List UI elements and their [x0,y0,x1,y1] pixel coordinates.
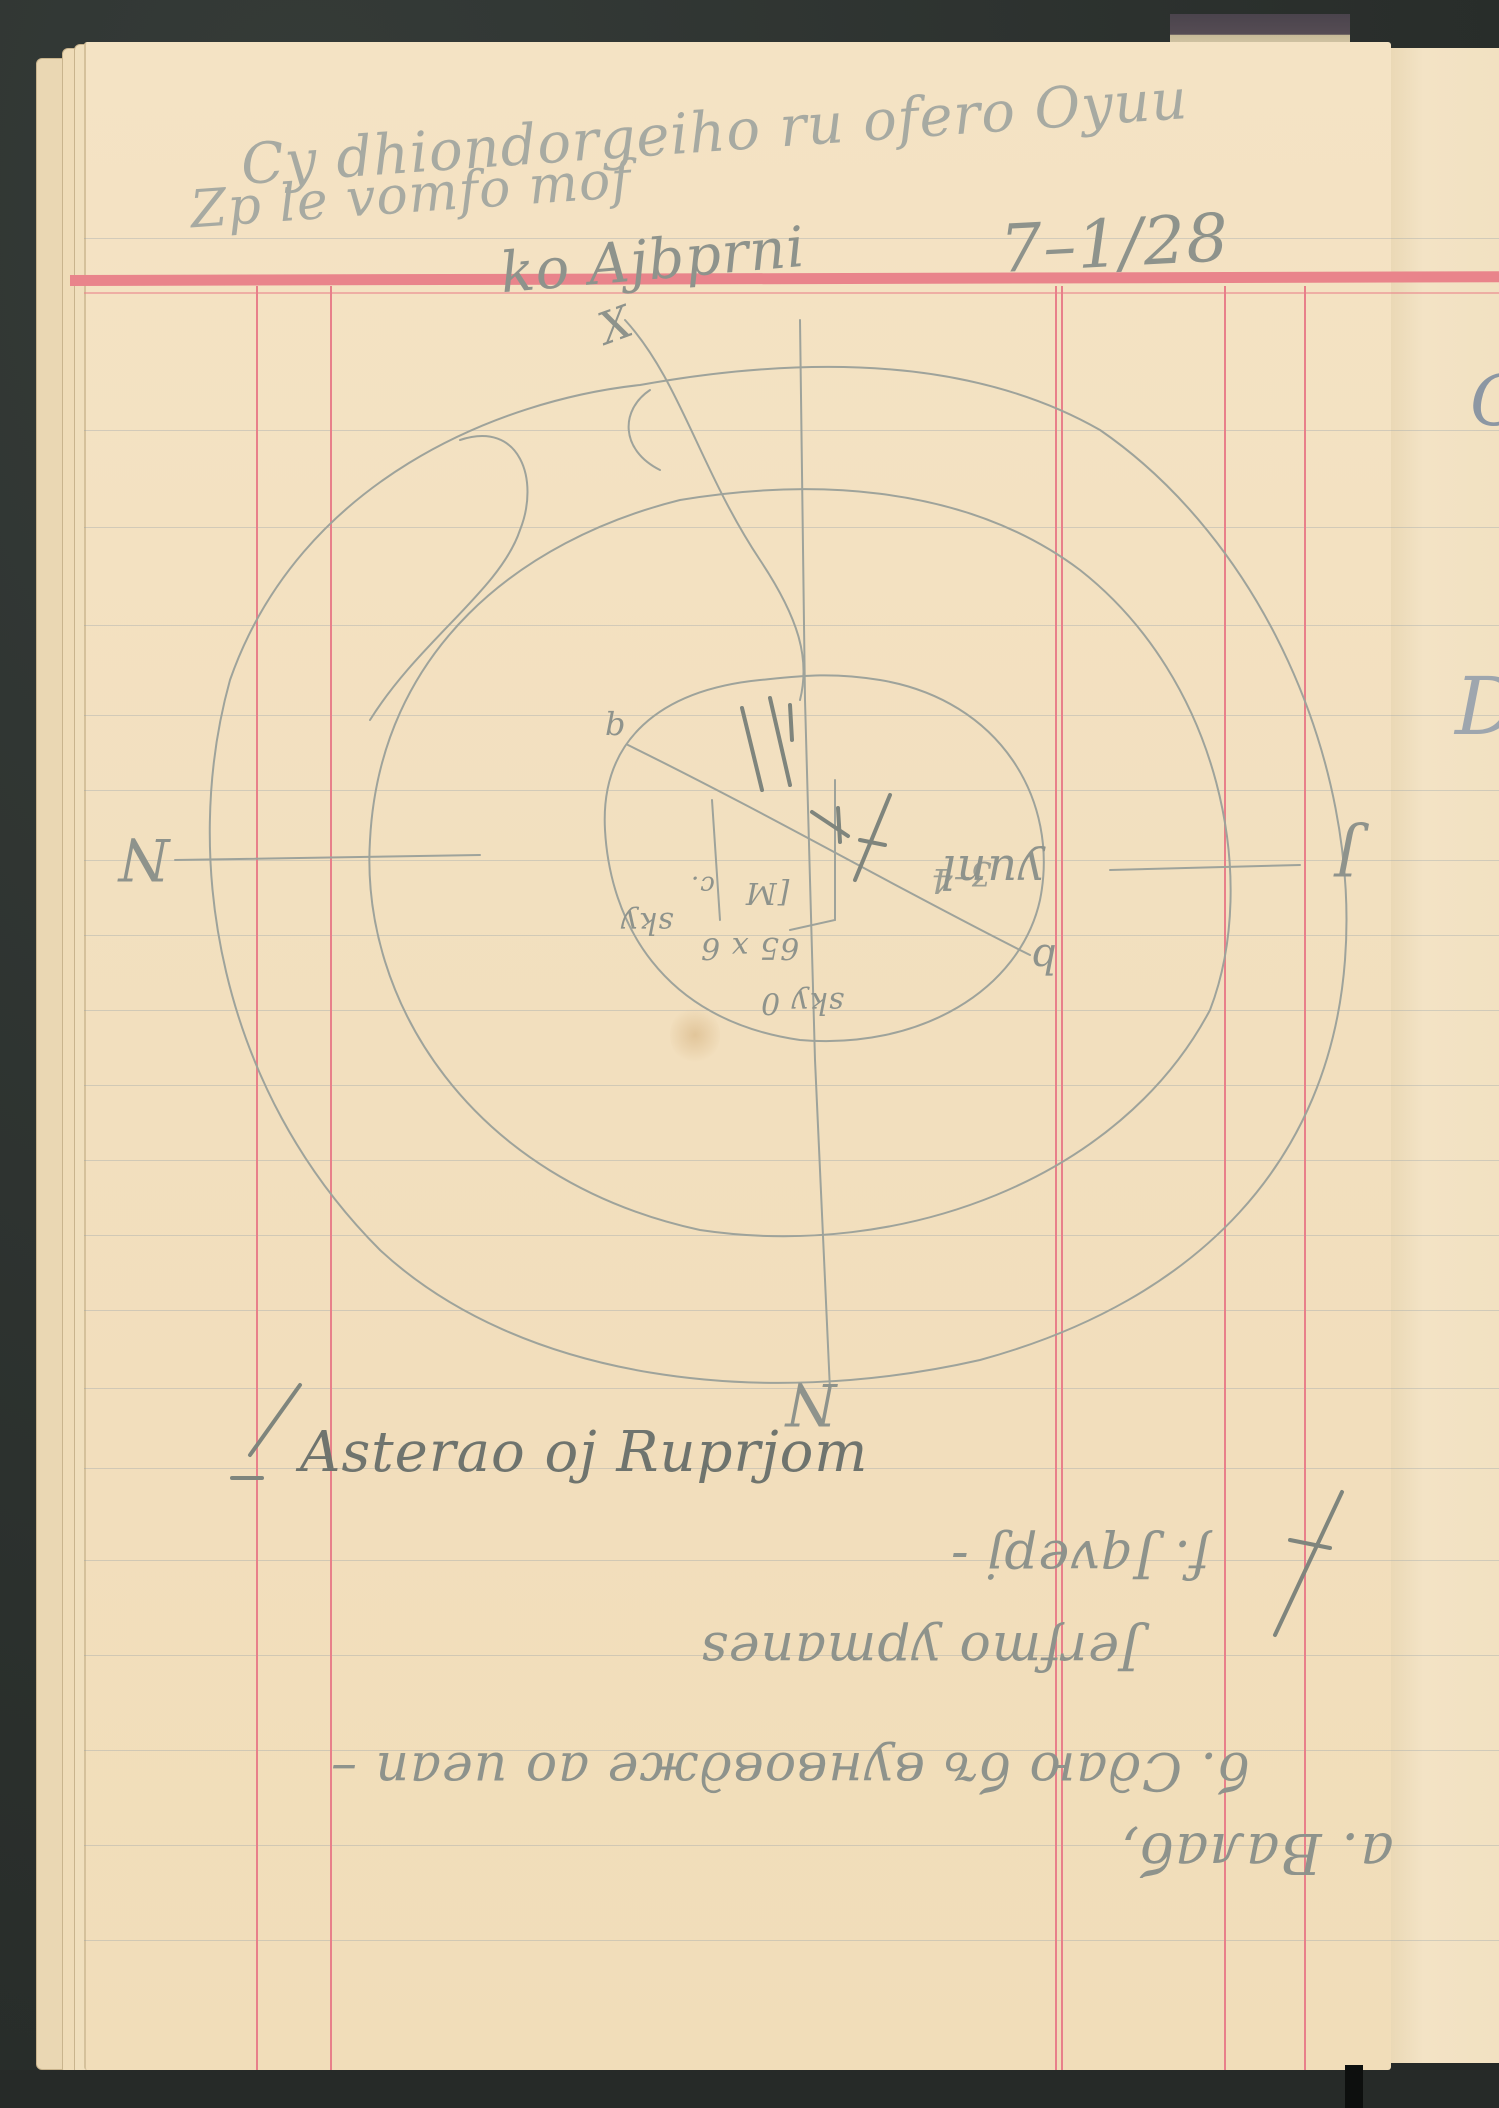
header-date: 7–1/28 [998,199,1231,288]
inner-note: [M [745,875,789,910]
line-label-right: b [1030,935,1057,981]
inner-note: sky [620,905,674,940]
table-background-bottom [0,2070,1499,2108]
inverted-note-line: Jerfmo ypmanes [700,1620,1141,1680]
binding-clip [1345,2065,1363,2108]
right-page-fragment: D [1455,660,1499,753]
annotation-mid: ʒ–4 [930,860,991,900]
inner-note: 65 x 6 [700,930,799,965]
line-label-left: b [605,705,626,743]
note-item-1: Asterao oj Ruprjom [300,1420,868,1485]
inverted-note-line: f. Jqvepj - [950,1528,1209,1588]
inner-note: c. [690,870,715,900]
east-label: J [1335,820,1359,888]
inverted-note-line: б. Сдаю бъ вунвовдже ао иеап – [330,1740,1250,1800]
right-page-fragment: C [1470,360,1499,442]
inverted-note-line: а. Валаб, [1120,1820,1394,1885]
west-label: N [118,825,170,893]
inner-note: sky 0 [760,985,844,1020]
